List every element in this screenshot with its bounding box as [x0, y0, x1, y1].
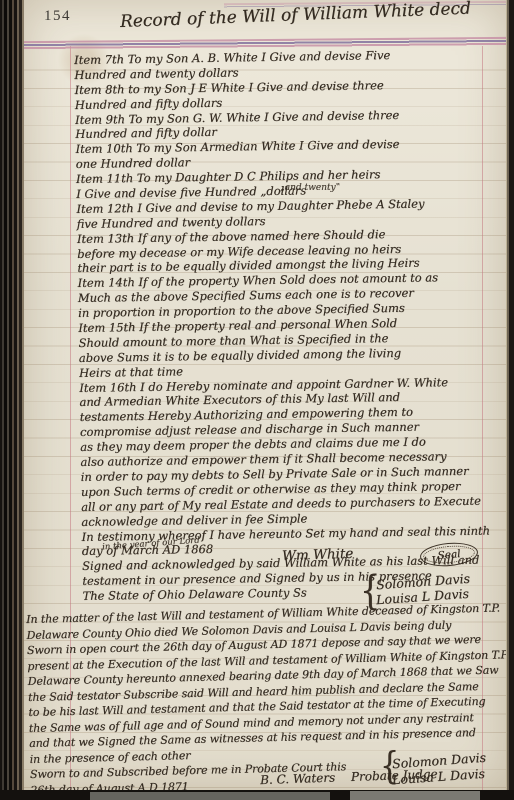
desk-surface — [0, 790, 514, 800]
ledger-page: 154 Record of the Will of William White … — [24, 0, 506, 793]
judge-name: B. C. Waters — [260, 770, 336, 787]
will-text-block: Item 7th To my Son A. B. White I Give an… — [74, 46, 506, 604]
testator-signature: Wm White — [282, 546, 354, 564]
scanned-will-record: { "page": { "number": "154", "title": "R… — [0, 0, 514, 800]
interlineation-and-twenty: „and twenty‟ — [280, 183, 340, 193]
page-title: Record of the Will of William White decd — [120, 0, 500, 32]
desk-patch — [90, 792, 330, 800]
page-number: 154 — [44, 8, 71, 25]
book-spine-binding — [0, 0, 26, 800]
seal-label: Seal — [437, 548, 461, 562]
desk-patch — [350, 791, 480, 800]
